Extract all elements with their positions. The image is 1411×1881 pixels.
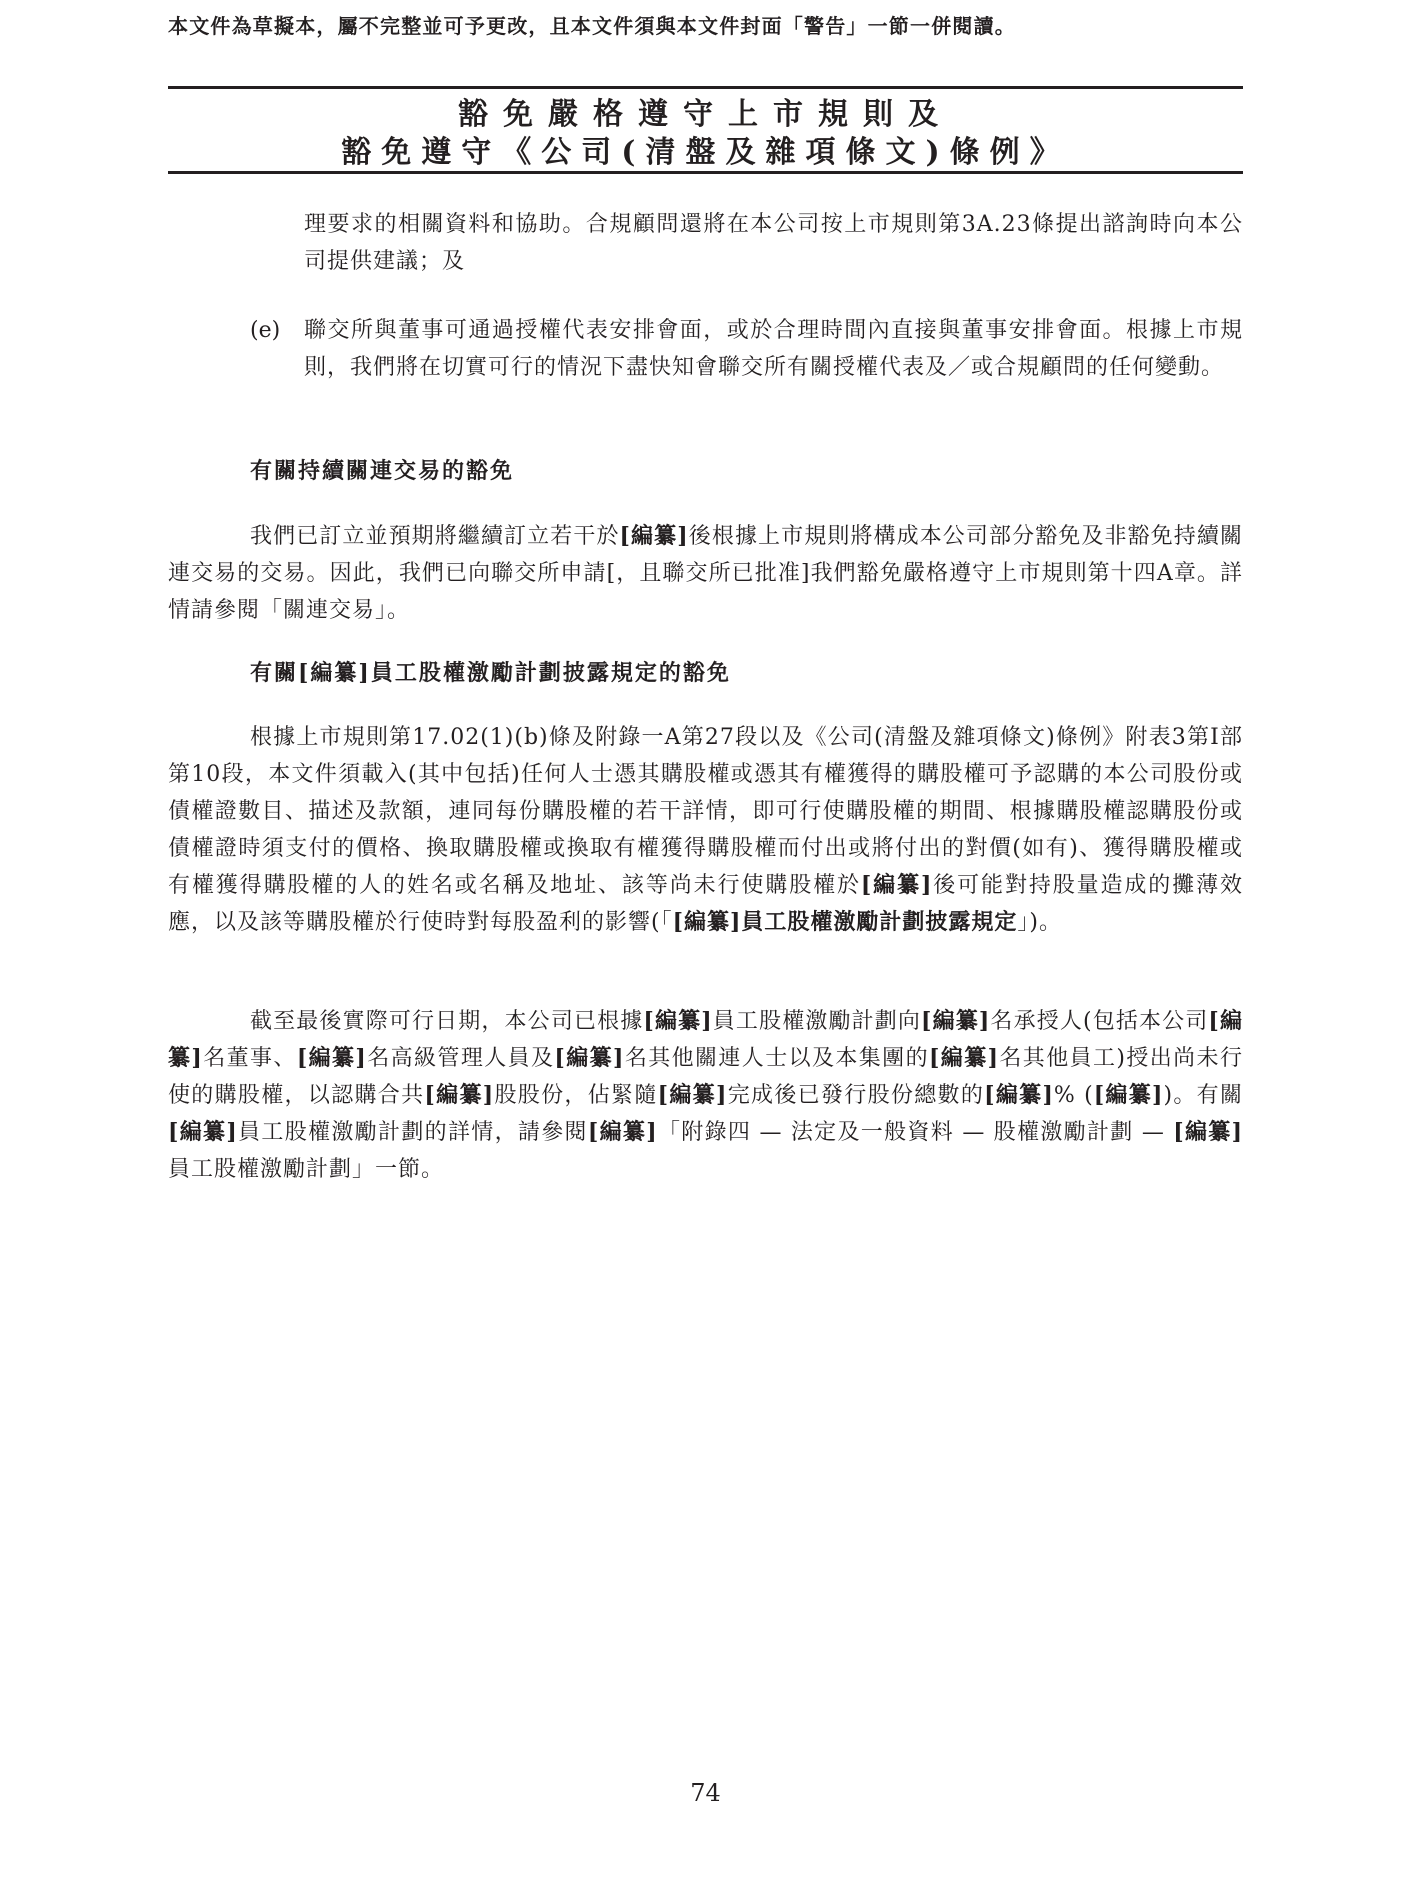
section-heading-share-incentive-disclosure: 有關[編纂]員工股權激勵計劃披露規定的豁免: [250, 658, 731, 688]
share-incentive-paragraph-2: 截至最後實際可行日期，本公司已根據[編纂]員工股權激勵計劃向[編纂]名承授人(包…: [168, 1003, 1243, 1188]
bold-text-run: [編纂]: [588, 1119, 658, 1145]
list-item-e-text: 聯交所與董事可通過授權代表安排會面，或於合理時間內直接與董事安排會面。根據上市規…: [304, 312, 1243, 386]
title-top-rule: [168, 86, 1243, 89]
text-run: 截至最後實際可行日期，本公司已根據: [250, 1009, 643, 1034]
text-run: 我們已訂立並預期將繼續訂立若干於: [250, 524, 620, 549]
text-run: 名董事、: [203, 1046, 297, 1071]
text-run: 名其他關連人士以及本集團的: [624, 1046, 929, 1071]
page-title-line-1: 豁免嚴格遵守上市規則及: [168, 96, 1243, 134]
text-run: 員工股權激勵計劃的詳情，請參閱: [238, 1120, 588, 1145]
bold-text-run: [編纂]: [297, 1045, 367, 1071]
bold-text-run: [編纂]: [921, 1008, 990, 1034]
text-run: 員工股權激勵計劃向: [713, 1009, 921, 1034]
text-run: )。有關: [1163, 1083, 1243, 1108]
bold-text-run: [編纂]: [861, 872, 933, 898]
bold-text-run: [編纂]: [298, 660, 371, 686]
bold-text-run: [編纂]: [1094, 1082, 1164, 1108]
continued-list-text: 理要求的相關資料和協助。合規顧問還將在本公司按上市規則第3A.23條提出諮詢時向…: [304, 206, 1243, 280]
text-run: 股股份，佔緊隨: [494, 1083, 657, 1108]
bold-text-run: [編纂]: [424, 1082, 494, 1108]
title-bottom-rule: [168, 171, 1243, 174]
bold-text-run: [編纂]: [643, 1008, 712, 1034]
bold-text-run: [編纂]: [168, 1119, 238, 1145]
connected-transactions-paragraph: 我們已訂立並預期將繼續訂立若干於[編纂]後根據上市規則將構成本公司部分豁免及非豁…: [168, 518, 1243, 629]
bold-text-run: [編纂]: [984, 1082, 1054, 1108]
bold-text-run: [編纂]: [620, 523, 689, 549]
bold-text-run: 員工股權激勵計劃披露規定的豁免: [371, 660, 731, 686]
text-run: 」)。: [1017, 910, 1062, 935]
draft-disclaimer: 本文件為草擬本，屬不完整並可予更改，且本文件須與本文件封面「警告」一節一併閱讀。: [168, 12, 1243, 40]
text-run: 名承授人(包括本公司: [990, 1009, 1208, 1034]
list-marker-e: (e): [250, 312, 280, 349]
bold-text-run: [編纂]: [929, 1045, 999, 1071]
bold-text-run: [編纂]員工股權激勵計劃披露規定: [673, 909, 1018, 935]
bold-text-run: [編纂]: [658, 1082, 728, 1108]
bold-text-run: [編纂]: [1173, 1119, 1243, 1145]
text-run: 員工股權激勵計劃」一節。: [168, 1157, 444, 1182]
text-run: 「附錄四 — 法定及一般資料 — 股權激勵計劃 —: [658, 1120, 1174, 1145]
text-run: 完成後已發行股份總數的: [727, 1083, 984, 1108]
page-title: 豁免嚴格遵守上市規則及 豁免遵守《公司(清盤及雜項條文)條例》: [168, 96, 1243, 172]
bold-text-run: 有關: [250, 660, 298, 686]
page-title-line-2: 豁免遵守《公司(清盤及雜項條文)條例》: [168, 134, 1243, 172]
text-run: % (: [1054, 1083, 1094, 1108]
text-run: 名高級管理人員及: [367, 1046, 555, 1071]
page-number: 74: [0, 1778, 1411, 1808]
bold-text-run: [編纂]: [554, 1045, 624, 1071]
share-incentive-paragraph-1: 根據上市規則第17.02(1)(b)條及附錄一A第27段以及《公司(清盤及雜項條…: [168, 719, 1243, 941]
section-heading-connected-transactions: 有關持續關連交易的豁免: [250, 456, 514, 486]
